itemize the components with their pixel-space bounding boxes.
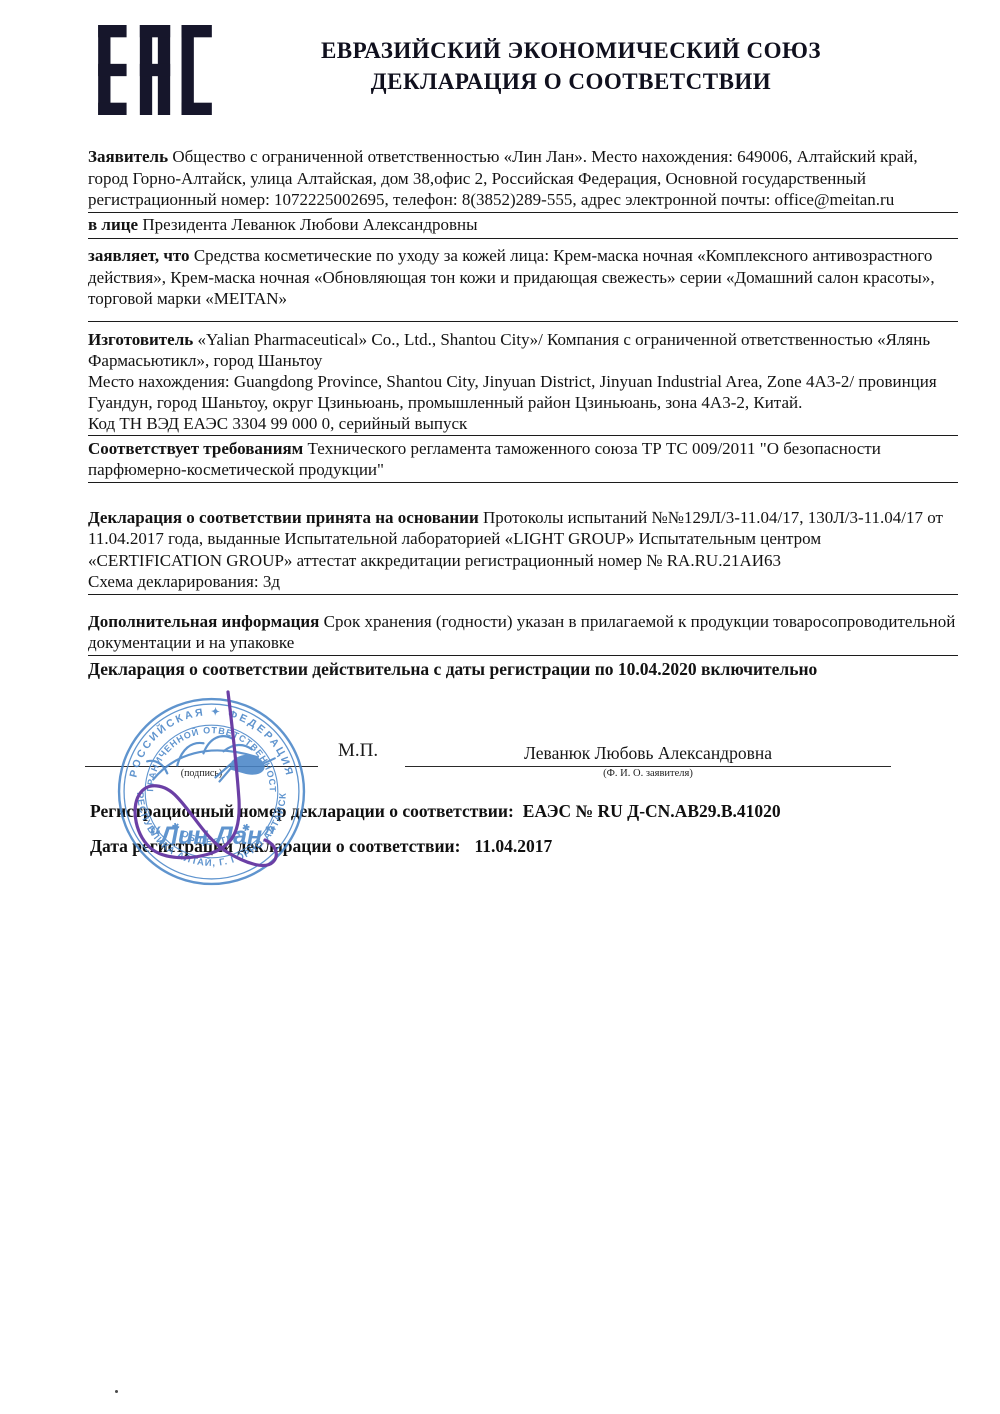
signature-line <box>85 766 318 767</box>
divider <box>88 482 958 483</box>
signature-caption: (подпись) <box>85 768 318 779</box>
company-stamp: РОССИЙСКАЯ ✦ ФЕДЕРАЦИЯ РЕСПУБЛИКА АЛТАЙ,… <box>111 691 312 892</box>
basis-scheme: Схема декларирования: 3д <box>88 571 958 593</box>
scan-artifact-dot <box>115 1390 118 1393</box>
divider <box>88 435 958 436</box>
section-additional-info: Дополнительная информация Срок хранения … <box>88 611 958 654</box>
manufacturer-name: Изготовитель «Yalian Pharmaceutical» Co.… <box>88 329 958 371</box>
declares-label: заявляет, что <box>88 246 190 265</box>
applicant-text: Общество с ограниченной ответственностью… <box>88 147 918 209</box>
additional-info-label: Дополнительная информация <box>88 612 319 631</box>
registration-number-label: Регистрационный номер декларации о соотв… <box>90 801 514 821</box>
section-represented-by: в лице Президента Леванюк Любови Алексан… <box>88 213 958 238</box>
declares-text: Средства косметические по уходу за кожей… <box>88 246 935 308</box>
basis-label: Декларация о соответствии принята на осн… <box>88 508 479 527</box>
handwritten-signature <box>115 678 295 893</box>
section-applicant: Заявитель Общество с ограниченной ответс… <box>88 146 958 211</box>
divider <box>88 655 958 656</box>
title-union: ЕВРАЗИЙСКИЙ ЭКОНОМИЧЕСКИЙ СОЮЗ <box>214 35 928 66</box>
registration-number-line: Регистрационный номер декларации о соотв… <box>90 801 781 822</box>
complies-label: Соответствует требованиям <box>88 439 303 458</box>
applicant-label: Заявитель <box>88 147 168 166</box>
eac-mark-icon <box>96 25 214 115</box>
name-caption: (Ф. И. О. заявителя) <box>405 768 891 779</box>
section-basis: Декларация о соответствии принята на осн… <box>88 507 958 593</box>
section-complies: Соответствует требованиям Технического р… <box>88 438 958 481</box>
registration-date-label: Дата регистрации декларации о соответств… <box>90 836 460 856</box>
validity-statement: Декларация о соответствии действительна … <box>88 659 958 681</box>
basis-paragraph: Декларация о соответствии принята на осн… <box>88 507 958 572</box>
title-declaration: ДЕКЛАРАЦИЯ О СООТВЕТСТВИИ <box>214 66 928 97</box>
document-title-block: ЕВРАЗИЙСКИЙ ЭКОНОМИЧЕСКИЙ СОЮЗ ДЕКЛАРАЦИ… <box>214 25 958 97</box>
section-declares: заявляет, что Средства косметические по … <box>88 245 958 310</box>
stamp-place-label: М.П. <box>338 740 378 762</box>
registration-date-line: Дата регистрации декларации о соответств… <box>90 836 552 857</box>
represented-by-label: в лице <box>88 215 138 234</box>
document-content: ЕВРАЗИЙСКИЙ ЭКОНОМИЧЕСКИЙ СОЮЗ ДЕКЛАРАЦИ… <box>88 25 958 680</box>
divider <box>88 238 958 239</box>
manufacturer-location: Место нахождения: Guangdong Province, Sh… <box>88 371 958 413</box>
manufacturer-code: Код ТН ВЭД ЕАЭС 3304 99 000 0, серийный … <box>88 413 958 434</box>
document-header: ЕВРАЗИЙСКИЙ ЭКОНОМИЧЕСКИЙ СОЮЗ ДЕКЛАРАЦИ… <box>88 25 958 115</box>
section-manufacturer: Изготовитель «Yalian Pharmaceutical» Co.… <box>88 329 958 434</box>
divider <box>88 594 958 595</box>
divider <box>88 321 958 322</box>
applicant-full-name: Леванюк Любовь Александровна <box>405 743 891 764</box>
manufacturer-label: Изготовитель <box>88 330 193 349</box>
declaration-document-page: ЕВРАЗИЙСКИЙ ЭКОНОМИЧЕСКИЙ СОЮЗ ДЕКЛАРАЦИ… <box>0 0 1000 1414</box>
name-line <box>405 766 891 767</box>
manufacturer-text: «Yalian Pharmaceutical» Co., Ltd., Shant… <box>88 330 930 370</box>
represented-by-text: Президента Леванюк Любови Александровны <box>142 215 477 234</box>
registration-number-value: ЕАЭС № RU Д-CN.АВ29.В.41020 <box>514 801 781 821</box>
registration-date-value: 11.04.2017 <box>460 836 552 856</box>
